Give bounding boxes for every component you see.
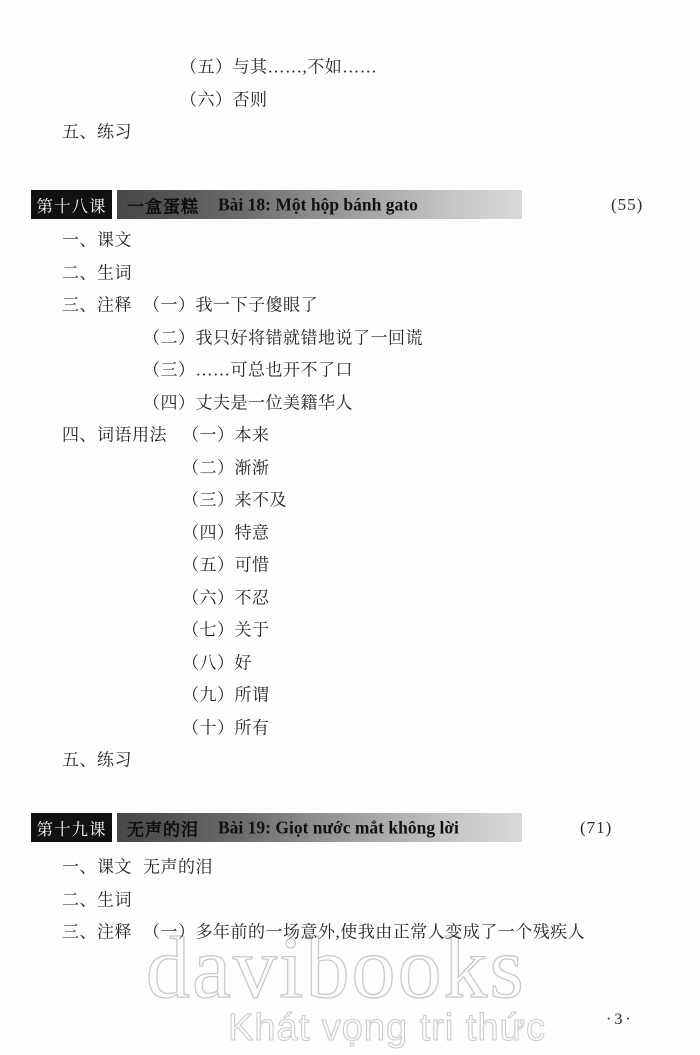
toc-row: （七）关于	[0, 612, 700, 645]
toc-subitem: （三）……可总也开不了口	[143, 356, 353, 381]
watermark-slogan: Khát vọng tri thức	[228, 1009, 546, 1047]
toc-item: 一、课文	[62, 853, 132, 878]
toc-subitem: （五）与其……,不如……	[180, 53, 377, 78]
toc-row: （十）所有	[0, 710, 700, 743]
lesson-19-page-ref: (71)	[580, 818, 612, 838]
page-number: ·3·	[606, 1011, 634, 1029]
toc-row: 五、练习	[0, 114, 700, 147]
toc-subitem: （四）丈夫是一位美籍华人	[143, 388, 353, 413]
toc-row: 一、课文	[0, 222, 700, 255]
toc-item: 二、生词	[62, 258, 132, 283]
toc-subitem: （六）否则	[180, 85, 268, 110]
toc-subitem: （六）不忍	[182, 583, 270, 608]
lesson-19-title-bar: 无声的泪 Bài 19: Giọt nước mắt không lời	[117, 813, 522, 842]
toc-row: 三、注释 （一）多年前的一场意外,使我由正常人变成了一个残疾人	[0, 914, 700, 947]
lesson-18-badge: 第十八课	[31, 190, 112, 219]
lesson-18-title-cn: 一盒蛋糕	[127, 192, 199, 217]
lesson-18-rows: 一、课文 二、生词 三、注释 （一）我一下子傻眼了 （二）我只好将错就错地说了一…	[0, 222, 700, 775]
lesson-19-title-vn: Bài 19: Giọt nước mắt không lời	[218, 817, 459, 838]
toc-row: （六）不忍	[0, 580, 700, 613]
toc-row: （三）来不及	[0, 482, 700, 515]
toc-subitem: 无声的泪	[143, 853, 213, 878]
lesson-18-page-ref: (55)	[611, 195, 643, 215]
toc-row: （五）与其……,不如……	[0, 49, 700, 82]
toc-row: 一、课文 无声的泪	[0, 849, 700, 882]
toc-row: （四）丈夫是一位美籍华人	[0, 385, 700, 418]
lesson-18-title-bar: 一盒蛋糕 Bài 18: Một hộp bánh gato	[117, 190, 522, 219]
lesson-18-header: 第十八课 一盒蛋糕 Bài 18: Một hộp bánh gato (55)	[0, 190, 700, 219]
lesson-19-badge: 第十九课	[31, 813, 112, 842]
toc-subitem: （七）关于	[182, 616, 270, 641]
prelude-rows: （五）与其……,不如…… （六）否则 五、练习	[0, 49, 700, 147]
lesson-19-title-cn: 无声的泪	[127, 815, 199, 840]
toc-row: （六）否则	[0, 82, 700, 115]
toc-row: （五）可惜	[0, 547, 700, 580]
toc-item: 五、练习	[62, 118, 132, 143]
toc-row: 二、生词	[0, 882, 700, 915]
lesson-18-title-vn: Bài 18: Một hộp bánh gato	[218, 194, 418, 215]
toc-subitem: （四）特意	[182, 518, 270, 543]
toc-row: （四）特意	[0, 515, 700, 548]
toc-subitem: （八）好	[182, 648, 252, 673]
toc-row: 四、词语用法 （一）本来	[0, 417, 700, 450]
toc-item: 四、词语用法	[62, 421, 167, 446]
toc-item: 二、生词	[62, 885, 132, 910]
toc-row: 二、生词	[0, 255, 700, 288]
toc-item: 五、练习	[62, 746, 132, 771]
toc-subitem: （九）所谓	[182, 681, 270, 706]
toc-row: （二）我只好将错就错地说了一回谎	[0, 320, 700, 353]
toc-subitem: （二）我只好将错就错地说了一回谎	[143, 323, 423, 348]
lesson-19-rows: 一、课文 无声的泪 二、生词 三、注释 （一）多年前的一场意外,使我由正常人变成…	[0, 849, 700, 947]
toc-row: （九）所谓	[0, 677, 700, 710]
toc-item: 三、注释	[62, 918, 132, 943]
toc-item: 三、注释	[62, 291, 132, 316]
toc-row: 五、练习	[0, 742, 700, 775]
toc-subitem: （一）我一下子傻眼了	[143, 291, 318, 316]
toc-row: 三、注释 （一）我一下子傻眼了	[0, 287, 700, 320]
toc-row: （三）……可总也开不了口	[0, 352, 700, 385]
toc-subitem: （二）渐渐	[182, 453, 270, 478]
toc-subitem: （五）可惜	[182, 551, 270, 576]
toc-subitem: （一）多年前的一场意外,使我由正常人变成了一个残疾人	[143, 918, 585, 943]
toc-subitem: （一）本来	[182, 421, 270, 446]
toc-subitem: （三）来不及	[182, 486, 287, 511]
toc-item: 一、课文	[62, 226, 132, 251]
lesson-19-header: 第十九课 无声的泪 Bài 19: Giọt nước mắt không lờ…	[0, 813, 700, 842]
toc-subitem: （十）所有	[182, 713, 270, 738]
toc-row: （二）渐渐	[0, 450, 700, 483]
toc-row: （八）好	[0, 645, 700, 678]
